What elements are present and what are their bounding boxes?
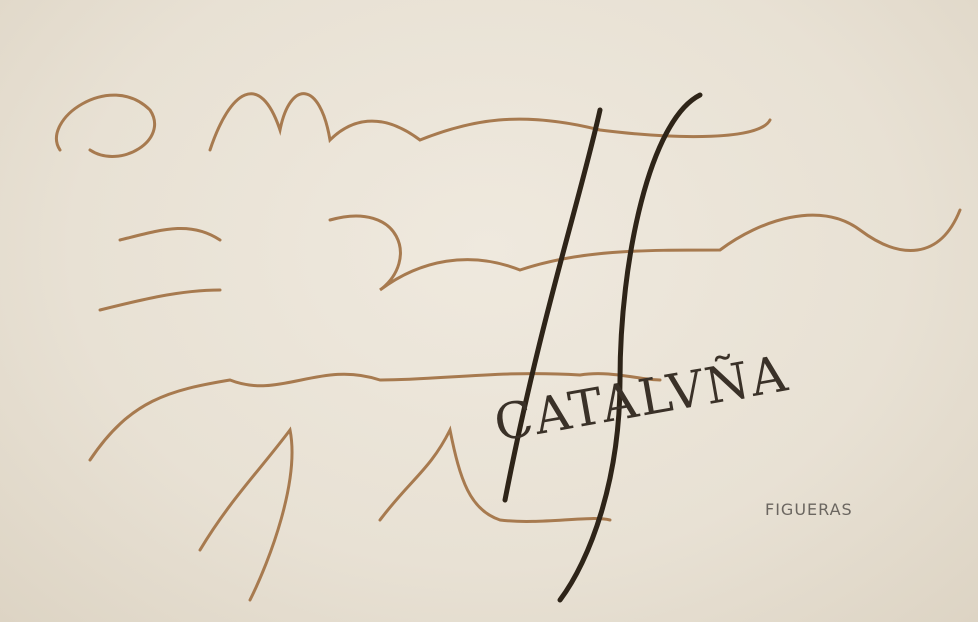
- address-script: [56, 94, 960, 600]
- letter-cover: CATALVÑA FIGUERAS: [0, 0, 978, 622]
- pencil-note: FIGUERAS: [765, 500, 853, 519]
- handwriting-layer: [0, 0, 978, 622]
- rate-mark-15: [505, 95, 700, 600]
